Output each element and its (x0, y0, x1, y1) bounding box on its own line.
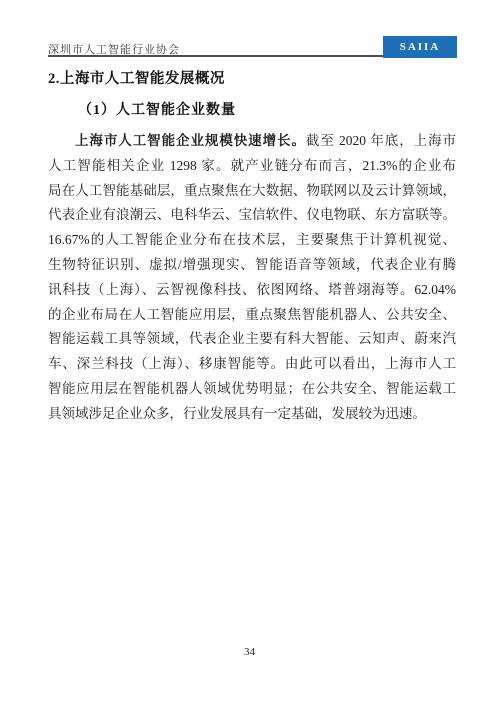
paragraph-line: 讯科技（上海）、云智视像科技、依图网络、塔普翊海等。62.04% (48, 278, 456, 303)
paragraph-lead-bold: 上海市人工智能企业规模快速增长。 (75, 133, 306, 148)
paragraph-line: 上海市人工智能企业规模快速增长。截至 2020 年底，上海市 (48, 129, 456, 154)
body-paragraph: 上海市人工智能企业规模快速增长。截至 2020 年底，上海市 人工智能相关企业 … (48, 129, 456, 427)
page-number: 34 (0, 646, 499, 658)
paragraph-line: 具领域涉足企业众多，行业发展具有一定基础，发展较为迅速。 (48, 402, 456, 427)
paragraph-line: 智能应用层在智能机器人领域优势明显；在公共安全、智能运载工 (48, 377, 456, 402)
paragraph-line: 车、深兰科技（上海）、移康智能等。由此可以看出，上海市人工 (48, 352, 456, 377)
subsection-title: （1）人工智能企业数量 (78, 99, 236, 119)
paragraph-line: 局在人工智能基础层，重点聚焦在大数据、物联网以及云计算领域， (48, 179, 456, 204)
paragraph-line: 16.67%的人工智能企业分布在技术层，主要聚焦于计算机视觉、 (48, 228, 456, 253)
paragraph-line: 智能运载工具等领域，代表企业主要有科大智能、云知声、蔚来汽 (48, 327, 456, 352)
saiia-badge: SAIIA (383, 36, 457, 58)
paragraph-line: 的企业布局在人工智能应用层，重点聚焦智能机器人、公共安全、 (48, 303, 456, 328)
paragraph-line: 人工智能相关企业 1298 家。就产业链分布而言，21.3%的企业布 (48, 154, 456, 179)
paragraph-line: 生物特征识别、虚拟/增强现实、智能语音等领域，代表企业有腾 (48, 253, 456, 278)
paragraph-line-text: 截至 2020 年底，上海市 (306, 133, 456, 148)
document-page: 深圳市人工智能行业协会 SAIIA 2.上海市人工智能发展概况 （1）人工智能企… (0, 0, 499, 706)
section-title: 2.上海市人工智能发展概况 (48, 67, 225, 88)
paragraph-line: 代表企业有浪潮云、电科华云、宝信软件、仪电物联、东方富联等。 (48, 203, 456, 228)
